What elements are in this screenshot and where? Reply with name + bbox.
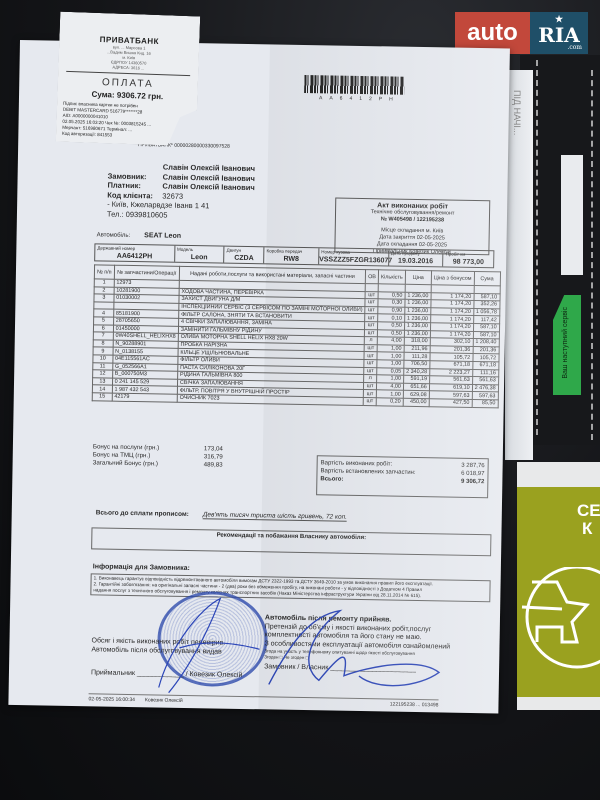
car-line: Автомобіль:SEAT Leon: [97, 231, 182, 239]
info-title: Інформація для Замовника:: [93, 563, 190, 572]
barcode: [304, 75, 404, 95]
totals-box: Вартість виконаних робіт:3 287,76 Вартіс…: [316, 455, 489, 498]
logo-ria: ★ RIA .com: [530, 12, 588, 54]
paper-strip: ПІД НАЧІ...: [505, 70, 533, 460]
column-header: Ціна: [405, 270, 431, 284]
folder-card-slot: [561, 155, 583, 275]
works-table: № п/п№ запчастини/ОпераціїНадані роботи,…: [92, 264, 501, 408]
owner-signature: [249, 604, 451, 697]
service-card-panel: СЕ К: [517, 487, 600, 697]
act-header-box: Акт виконаних робіт Технічне обслуговува…: [334, 198, 490, 256]
total-in-words: Всього до сплати прописом:Дев'ять тисяч …: [96, 509, 347, 520]
folder-stitch: [591, 70, 593, 440]
receiver-signature: [149, 587, 271, 699]
bonus-block: Бонус на послуги (грн.)173,04 Бонус на Т…: [93, 443, 223, 469]
column-header: Ціна з бонусом: [431, 271, 474, 286]
column-header: Сума: [474, 271, 500, 285]
bank-address: вул. ... Марсова 1 ...Вадим Вишня Кнд. 1…: [58, 43, 199, 73]
column-header: ОВ: [366, 270, 379, 284]
folder-stitch: [536, 60, 538, 435]
service-card-text: СЕ К: [577, 502, 600, 538]
column-header: Кількість: [378, 270, 405, 284]
customer-block: Славін Олексій Іванович Замовник:Славін …: [107, 162, 255, 222]
column-header: № п/п: [94, 265, 114, 279]
barcode-text: AA6412PH: [319, 95, 400, 102]
column-header: № запчастини/Операції: [114, 265, 179, 280]
car-service-icon: [517, 567, 600, 687]
recommendations-box: Рекомендації та побажання Власнику автом…: [91, 527, 491, 556]
